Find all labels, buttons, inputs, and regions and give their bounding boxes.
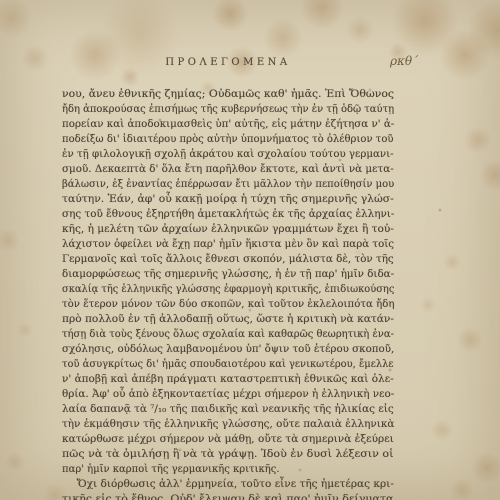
text-line: λαία δαπανᾷ τὰ ⁷/₁₀ τῆς παιδικῆς καὶ νεα… <box>62 402 394 417</box>
text-line: θρία. Ἀφ' οὗ ἀπὸ ἑξηκονταετίας μέχρι σήμ… <box>62 387 394 402</box>
text-line: ἤδη ἀποκρούσας ἐπισήμως τῆς κυβερνήσεως … <box>62 102 394 117</box>
text-line: διαμορφώσεως τῆς σημερινῆς γλώσσης, ἡ ἐν… <box>62 267 394 282</box>
text-line: πρὸ πολλοῦ ἐν τῇ ἀλλοδαπῇ οὕτως, ὥστε ἡ … <box>62 312 394 327</box>
text-line: πῶς νὰ τὰ ὁμιλήσῃ ἢ νὰ τὰ γράψῃ. Ἰδοὺ ἐν… <box>62 447 393 462</box>
text-line: ποδείξω δι' ἰδιαιτέρου πρὸς αὐτὴν ὑπομνή… <box>62 132 394 147</box>
scanned-book-page: ΠΡΟΛΕΓΟΜΕΝΑ ρκθ´ νου, ἄνευ ἐθνικῆς ζημία… <box>0 0 500 500</box>
text-line: τοῦ ἀσυγκρίτως δι' ἡμᾶς σπουδαιοτέρου κα… <box>62 357 394 372</box>
text-line: ταύτην. Ἐάν, ἀφ' οὗ κακῇ μοίρᾳ ἡ τύχη τῆ… <box>62 192 394 207</box>
text-line: νου, ἄνευ ἐθνικῆς ζημίας; Οὐδαμῶς καθ' ἡ… <box>62 87 394 102</box>
text-line-partial-cut: τικῆς εἰς τὸ ἔθνος. Οὐδ' ἔλειψαν δὲ καὶ … <box>62 492 393 500</box>
page-number: ρκθ´ <box>390 54 418 68</box>
text-line: λάχιστον ὀφείλει νὰ ἔχῃ παρ' ἡμῖν ἥκιστα… <box>62 237 394 252</box>
text-line: σης τοῦ ἔθνους ἐξηρτήθη ἀμετακλήτως ἐκ τ… <box>62 207 394 222</box>
text-line: κατώρθωσε μέχρι σήμερον νὰ μάθῃ, οὔτε τὰ… <box>62 432 394 447</box>
text-line-paragraph-end: παρ' ἡμῖν καρποὶ τῆς γερμανικῆς κριτικῆς… <box>62 462 280 477</box>
text-line: τήσῃ διὰ τοὺς ξένους ὅλως σχολαία καὶ κα… <box>62 327 394 342</box>
body-text-block: νου, ἄνευ ἐθνικῆς ζημίας; Οὐδαμῶς καθ' ἡ… <box>62 87 394 500</box>
text-line: ν' ἀποβῇ καὶ ἀπέβη πράγματι καταστρεπτικ… <box>62 372 394 387</box>
text-line: κῆς, ἡ μελέτη τῶν ἀρχαίων ἑλληνικῶν γραμ… <box>62 222 394 237</box>
text-line: σκαλίᾳ τῆς ἑλληνικῆς γλώσσης ἐφαρμογὴ κρ… <box>62 282 394 297</box>
text-line: τὸν ἕτερον μόνον τῶν δύο σκοπῶν, καὶ τοῦ… <box>62 297 394 312</box>
text-line: βάλωσιν, ἐξ ἐναντίας ἐπέρρωσαν ἔτι μᾶλλο… <box>62 177 394 192</box>
text-line: σχόλησις, οὐδόλως λαμβανομένου ὑπ' ὄψιν … <box>62 342 394 357</box>
text-line-paragraph-start: Ὄχι διόρθωσις ἀλλ' ἑρμηνεία, τοῦτο εἶνε … <box>62 477 394 492</box>
text-line: Γερμανοῖς καὶ τοῖς ἄλλοις ἔθνεσι σκοπόν,… <box>62 252 394 267</box>
text-line: πορείαν καὶ ἀποδοκιμασθεὶς ὑπ' αὐτῆς, εἰ… <box>62 117 394 132</box>
page-header-title: ΠΡΟΛΕΓΟΜΕΝΑ <box>62 57 394 68</box>
text-line: σμοῦ. Δεκαεπτὰ δ' ὅλα ἔτη παρῆλθον ἔκτοτ… <box>62 162 394 177</box>
text-line: ἐν τῇ φιλολογικῇ σχολῇ ἀκράτου καὶ σχολα… <box>62 147 394 162</box>
text-line: τὴν ἐκμάθησιν τῆς ἑλληνικῆς γλώσσης, οὔτ… <box>62 417 394 432</box>
